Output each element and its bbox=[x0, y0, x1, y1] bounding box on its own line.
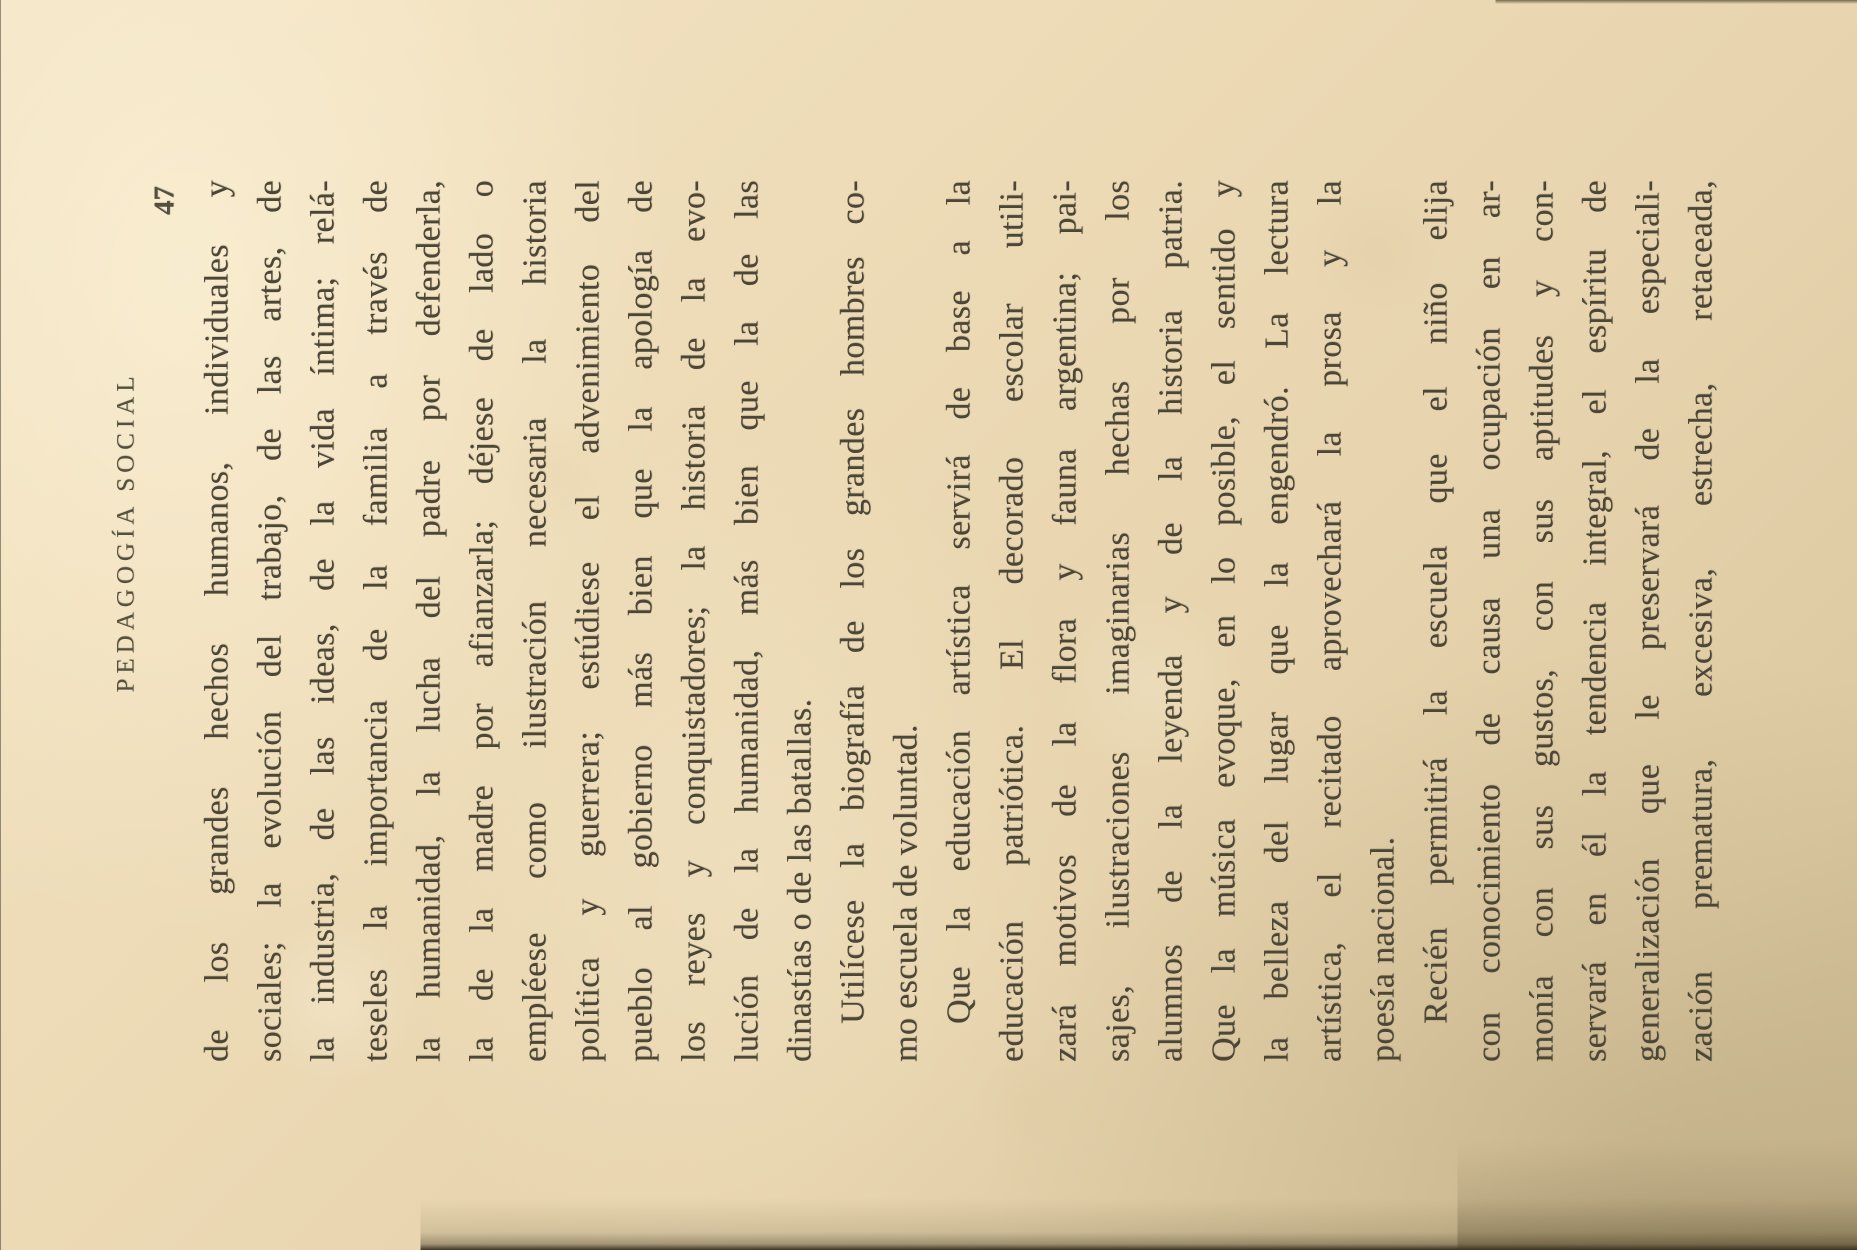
text-line: alumnos de la leyenda y de la historia p… bbox=[1144, 180, 1197, 1062]
text-line: poesía nacional. bbox=[1356, 180, 1409, 1062]
text-line: la industria, de las ideas, de la vida í… bbox=[296, 180, 349, 1062]
text-line: empléese como ilustración necesaria la h… bbox=[508, 180, 561, 1062]
text-line: educación patriótica. El decorado escola… bbox=[985, 180, 1038, 1062]
text-line: servará en él la tendencia integral, el … bbox=[1568, 180, 1621, 1062]
text-line: Recién permitirá la escuela que el niño … bbox=[1409, 180, 1462, 1062]
body-text: de los grandes hechos humanos, individua… bbox=[190, 180, 1727, 1062]
text-line: generalización que le preservará de la e… bbox=[1621, 180, 1674, 1062]
text-line: Que la educación artística servirá de ba… bbox=[932, 180, 985, 1062]
text-line: artística, el recitado aprovechará la pr… bbox=[1303, 180, 1356, 1062]
scan-edge-line bbox=[1495, 0, 1857, 4]
text-line: dinastías o de las batallas. bbox=[773, 180, 826, 1062]
text-line: política y guerrera; estúdiese el adveni… bbox=[561, 180, 614, 1062]
text-line: con conocimiento de causa una ocupación … bbox=[1462, 180, 1515, 1062]
text-line: teseles la importancia de la familia a t… bbox=[349, 180, 402, 1062]
scanned-book-page: PEDAGOGÍA SOCIAL 47 de los grandes hecho… bbox=[0, 0, 1857, 1250]
text-line: zación prematura, excesiva, estrecha, re… bbox=[1674, 180, 1727, 1062]
text-line: de los grandes hechos humanos, individua… bbox=[190, 180, 243, 1062]
text-line: la de la madre por afianzarla; déjese de… bbox=[455, 180, 508, 1062]
text-line: la humanidad, la lucha del padre por def… bbox=[402, 180, 455, 1062]
running-head-row: PEDAGOGÍA SOCIAL 47 bbox=[104, 180, 174, 1060]
text-line: pueblo al gobierno más bien que la apolo… bbox=[614, 180, 667, 1062]
page-number: 47 bbox=[148, 186, 181, 215]
text-line: la belleza del lugar que la engendró. La… bbox=[1250, 180, 1303, 1062]
corner-shadow bbox=[1457, 1140, 1857, 1250]
text-line: Que la música evoque, en lo posible, el … bbox=[1197, 180, 1250, 1062]
text-line: mo escuela de voluntad. bbox=[879, 180, 932, 1062]
running-header: PEDAGOGÍA SOCIAL bbox=[112, 92, 140, 972]
gutter-shadow bbox=[420, 1198, 1857, 1250]
text-line: monía con sus gustos, con sus aptitudes … bbox=[1515, 180, 1568, 1062]
text-line: los reyes y conquistadores; la historia … bbox=[667, 180, 720, 1062]
page-paper: PEDAGOGÍA SOCIAL 47 de los grandes hecho… bbox=[0, 0, 1857, 1250]
text-line: sociales; la evolución del trabajo, de l… bbox=[243, 180, 296, 1062]
text-line: zará motivos de la flora y fauna argenti… bbox=[1038, 180, 1091, 1062]
text-line: Utilícese la biografía de los grandes ho… bbox=[826, 180, 879, 1062]
text-line: lución de la humanidad, más bien que la … bbox=[720, 180, 773, 1062]
text-line: sajes, ilustraciones imaginarias hechas … bbox=[1091, 180, 1144, 1062]
